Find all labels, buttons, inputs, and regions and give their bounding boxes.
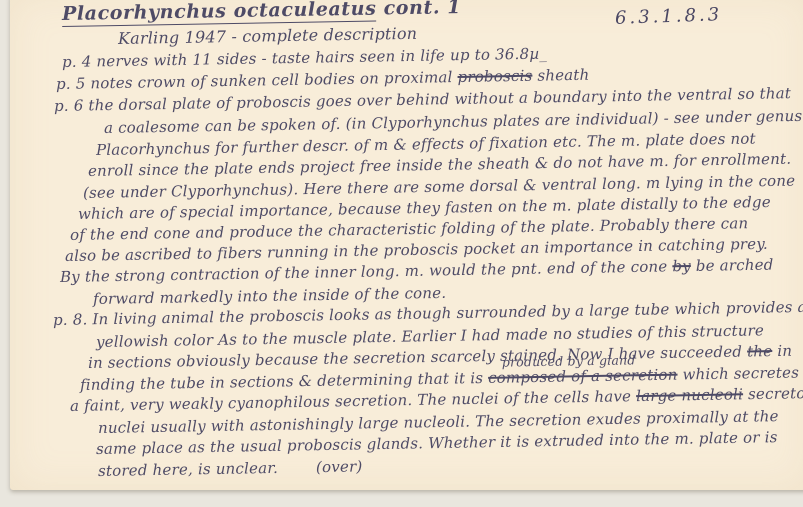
text-segment: in [772, 342, 792, 360]
text-segment: be arched [691, 256, 774, 275]
text-segment: cont. 1 [376, 0, 461, 20]
text-segment [278, 472, 316, 473]
text-segment: (over) [316, 457, 363, 476]
text-segment: Placorhynchus octaculeatus [62, 0, 377, 27]
text-segment: secretory [743, 384, 803, 403]
scanned-document: 6.3.1.8.3 Placorhynchus octaculeatus con… [0, 0, 803, 507]
index-card: 6.3.1.8.3 Placorhynchus octaculeatus con… [10, 0, 803, 490]
text-segment: p. 5 notes crown of sunken cell bodies o… [56, 68, 458, 93]
text-segment: composed of a secretionproduced by a gla… [488, 366, 678, 387]
text-segment: proboscis [457, 67, 532, 86]
text-segment: Karling 1947 - complete description [118, 24, 418, 48]
handwriting-line: Placorhynchus octaculeatus cont. 1 [62, 0, 461, 25]
text-segment: which secretes [677, 363, 799, 383]
text-segment: stored here, is unclear. [98, 459, 278, 480]
handwriting-line: Karling 1947 - complete description [118, 24, 418, 48]
text-segment: large nucleoli [636, 385, 743, 405]
catalog-number: 6.3.1.8.3 [615, 4, 723, 29]
inserted-correction: produced by a gland [502, 352, 636, 369]
text-segment: by [672, 257, 691, 275]
text-segment: the [747, 342, 772, 360]
handwriting-line: stored here, is unclear.(over) [98, 457, 363, 480]
text-segment: sheath [532, 66, 589, 85]
